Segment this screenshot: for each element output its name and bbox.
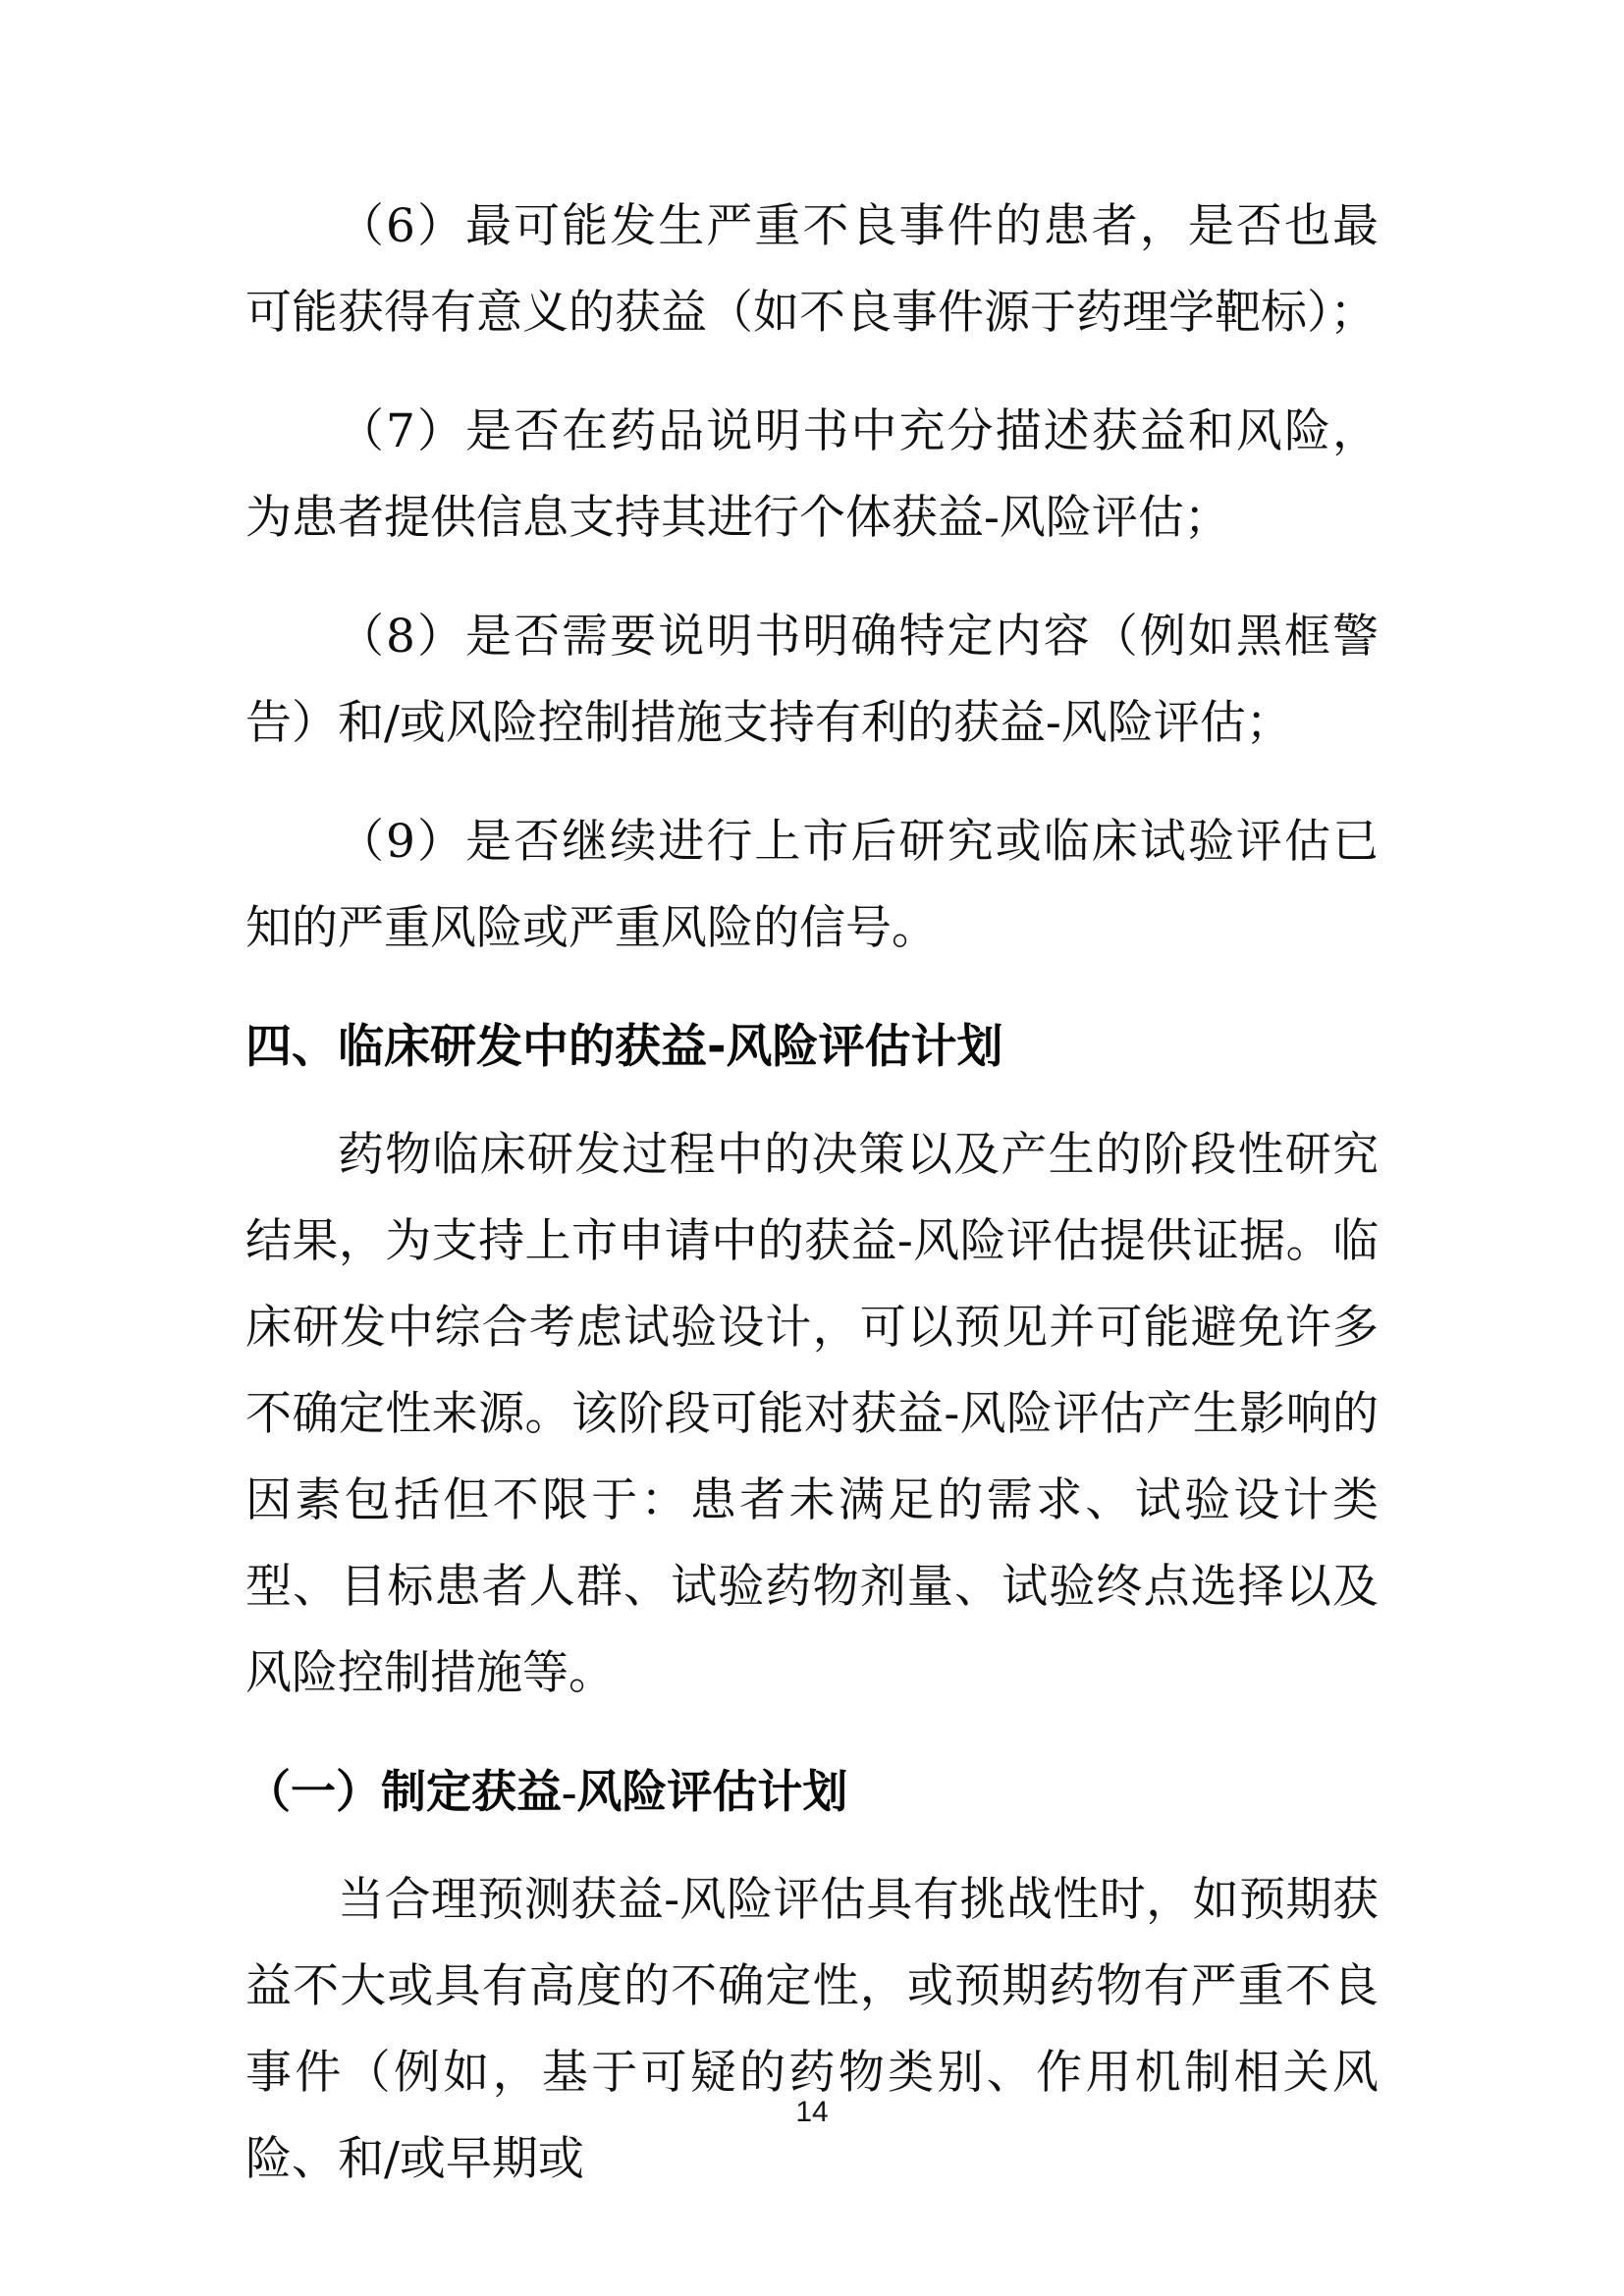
document-page: （6）最可能发生严重不良事件的患者，是否也最可能获得有意义的获益（如不良事件源于… (0, 0, 1624, 2296)
subsection-heading: （一）制定获益-风险评估计划 (245, 1749, 1379, 1836)
section-heading: 四、临床研发中的获益-风险评估计划 (245, 1004, 1379, 1091)
page-footer: 14 (0, 2093, 1624, 2132)
page-number: 14 (795, 2096, 828, 2128)
paragraph: （9）是否继续进行上市后研究或临床试验评估已知的严重风险或严重风险的信号。 (245, 799, 1379, 972)
document-body: （6）最可能发生严重不良事件的患者，是否也最可能获得有意义的获益（如不良事件源于… (245, 184, 1379, 2235)
paragraph: 药物临床研发过程中的决策以及产生的阶段性研究结果，为支持上市申请中的获益-风险评… (245, 1112, 1379, 1717)
paragraph: 当合理预测获益-风险评估具有挑战性时，如预期获益不大或具有高度的不确定性，或预期… (245, 1857, 1379, 2203)
paragraph: （8）是否需要说明书明确特定内容（例如黑框警告）和/或风险控制措施支持有利的获益… (245, 594, 1379, 767)
paragraph: （6）最可能发生严重不良事件的患者，是否也最可能获得有意义的获益（如不良事件源于… (245, 184, 1379, 356)
paragraph: （7）是否在药品说明书中充分描述获益和风险，为患者提供信息支持其进行个体获益-风… (245, 389, 1379, 561)
